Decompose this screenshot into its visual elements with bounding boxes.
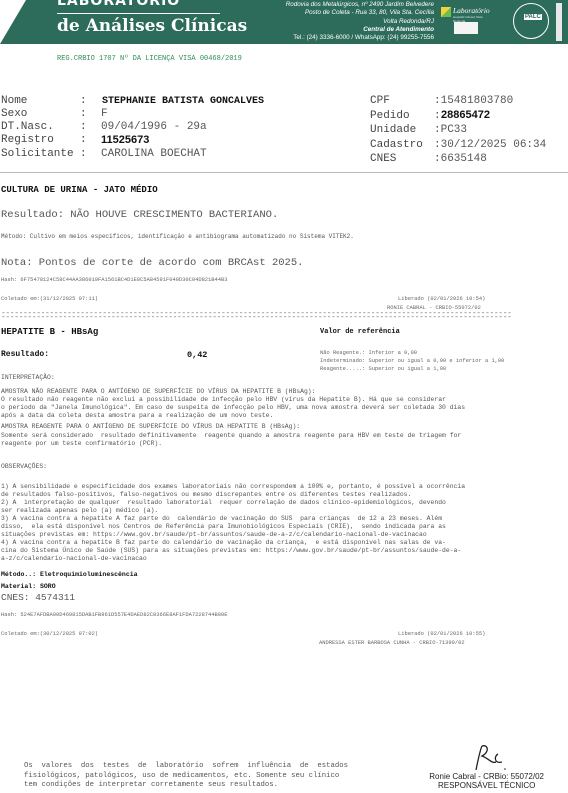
urine-culture-released: Liberado (02/01/2026 10:54) (398, 296, 485, 302)
interp-line: após a data da coleta desta amostra para… (1, 412, 465, 420)
urine-culture-result: Resultado: NÃO HOUVE CRESCIMENTO BACTERI… (1, 209, 278, 221)
obs-line: 4) A vacina contra a hepatite B faz part… (1, 539, 465, 547)
signature-icon (468, 742, 508, 774)
interp-line: o período da "Janela Imunológica". Em ca… (1, 404, 465, 412)
colon: : (80, 148, 87, 160)
signature-name: Ronie Cabral - CRBio: 55072/02 (429, 772, 544, 781)
obs-line: 3) A vacina contra a hepatite A faz part… (1, 515, 465, 523)
colon: : (434, 110, 441, 122)
order-number: 28865472 (441, 109, 490, 121)
registration-line: REG.CRBIO 1707 Nº DA LICENÇA VISA 00468/… (57, 55, 242, 63)
header-decoration (0, 0, 26, 44)
address-line: Posto de Coleta - Rua 33, 80, Vila Sta. … (286, 9, 434, 17)
interp-line: reagente por um teste confirmatório (PCR… (1, 440, 461, 448)
result-value: 0,42 (187, 350, 207, 360)
unit-value: :PC33 (434, 124, 467, 136)
label-cadastro: Cadastro (370, 139, 423, 151)
label-cnes: CNES (370, 153, 396, 165)
interpretation-heading: AMOSTRA REAGENTE PARA O ANTÍGENO DE SUPE… (1, 423, 300, 431)
lab-address: Rodovia dos Metalúrgicos, nº 2490 Jardim… (286, 1, 434, 42)
brand-top-text: LABORATÓRIO (57, 0, 180, 9)
side-strip (556, 3, 562, 41)
cnes-line: CNES: 4574311 (1, 592, 75, 603)
cnes-value: :6635148 (434, 153, 487, 165)
reference-ranges: Não Reagente.: Inferior a 0,90Indetermin… (320, 349, 504, 373)
colon: : (80, 121, 87, 133)
palc-label: PALC (524, 14, 542, 20)
label-unidade: Unidade (370, 124, 416, 136)
colon: : (80, 134, 87, 146)
label-dtnasc: DT.Nasc. (1, 121, 54, 133)
patient-registry: 11525673 (101, 134, 149, 146)
obs-line: cina do Sistema Único de Saúde (SUS) par… (1, 547, 465, 555)
material-line: Material: SORO (1, 583, 56, 590)
palc-seal-icon: PALC (513, 3, 549, 39)
result-label: Resultado: (1, 350, 49, 359)
label-sexo: Sexo (1, 108, 27, 120)
observations-list: 1) A sensibilidade e especificidade dos … (1, 475, 465, 571)
phones: Tel.: (24) 3336-6000 / WhatsApp: (24) 99… (286, 34, 434, 42)
urine-culture-collected: Coletado em:(31/12/2025 07:11) (1, 296, 98, 302)
central-label: Central de Atendimento (286, 26, 434, 34)
patient-name: STEPHANIE BATISTA GONCALVES (102, 96, 264, 107)
patient-sex: F (101, 108, 108, 120)
leaf-icon (441, 7, 451, 17)
registration-date: :30/12/2025 06:34 (434, 139, 546, 151)
reference-title: Valor de referência (320, 328, 400, 336)
label-solicitante: Solicitante (1, 148, 74, 160)
colon: : (80, 108, 87, 120)
disclaimer-line: tem condições de interpretar corretament… (24, 781, 348, 791)
dashed-divider: ----------------------------------------… (1, 313, 561, 322)
obs-line: a-z/c/calendario-nacional-de-vacinacao (1, 555, 465, 563)
obs-line: 1) A sensibilidade e especificidade dos … (1, 483, 465, 491)
colon: : (80, 95, 87, 107)
partner-logo-text: Laboratório (453, 6, 490, 15)
address-line: Volta Redonda/RJ (286, 18, 434, 26)
address-line: Rodovia dos Metalúrgicos, nº 2490 Jardim… (286, 1, 434, 9)
observations-title: OBSERVAÇÕES: (1, 463, 47, 471)
disclaimer-line: fisiológicos, patológicos, uso de medica… (24, 772, 348, 782)
interpretation-heading: AMOSTRA NÃO REAGENTE PARA O ANTÍGENO DE … (1, 388, 315, 396)
brand-name: de Análises Clínicas (57, 16, 247, 36)
patient-birthdate: 09/04/1996 - 29a (101, 121, 207, 133)
interp-line: Somente será considerado resultado defin… (1, 432, 461, 440)
reference-line: Indeterminado: Superior ou igual a 0,90 … (320, 357, 504, 365)
signature-role: RESPONSÁVEL TÉCNICO (429, 781, 544, 790)
cpf-value: :15481803780 (434, 95, 513, 107)
obs-line: 2) A interpretação de qualquer resultado… (1, 499, 465, 507)
certificate-badge (454, 22, 478, 34)
obs-line: disso, ela está disponível nos Centros d… (1, 523, 465, 531)
disclaimer: Os valores dos testes de laboratório sof… (24, 762, 348, 791)
brand-divider (57, 13, 220, 14)
label-nome: Nome (1, 95, 27, 107)
responsible-signature: Ronie Cabral - CRBio: 55072/02RESPONSÁVE… (429, 772, 544, 790)
divider (0, 172, 568, 173)
hepatitis-hash: Hash: 524E7AFDBA00D469815DAB1FB961D557E4… (1, 612, 227, 618)
exam-title-urine-culture: CULTURA DE URINA - JATO MÉDIO (1, 185, 158, 195)
obs-line: de resultados falso-positivos, falso-neg… (1, 491, 465, 499)
label-cpf: CPF (370, 95, 390, 107)
reference-line: Não Reagente.: Inferior a 0,90 (320, 349, 504, 357)
urine-culture-hash: Hash: 6F75478124C58C44AA386019FA1561BC4D… (1, 277, 227, 283)
requester: CAROLINA BOECHAT (101, 148, 207, 160)
interpretation-title: INTERPRETAÇÃO: (1, 374, 55, 382)
obs-line: ser realizada apenas pelo (a) médico (a)… (1, 507, 465, 515)
hepatitis-collected: Coletado em:(30/12/2025 07:02) (1, 631, 98, 637)
exam-title-hepatitis-b: HEPATITE B - HBsAg (1, 327, 98, 337)
hepatitis-signer: ANDRESSA ESTER BARBOSA CUNHA - CRBIO-713… (319, 640, 465, 646)
urine-culture-method: Método: Cultivo em meios especificos, id… (1, 233, 354, 240)
interp-line: O resultado não reagente não exclui a po… (1, 396, 465, 404)
reference-line: Reagente.....: Superior ou igual a 1,00 (320, 365, 504, 373)
method-line: Método..: Eletroquimioluminescência (1, 571, 138, 578)
label-pedido: Pedido (370, 110, 410, 122)
hepatitis-released: Liberado (02/01/2026 10:55) (398, 631, 485, 637)
interpretation-block: Somente será considerado resultado defin… (1, 432, 461, 448)
label-registro: Registro (1, 134, 54, 146)
disclaimer-line: Os valores dos testes de laboratório sof… (24, 762, 348, 772)
obs-line: situações previstas em: https://www.gov.… (1, 531, 465, 539)
interpretation-block: O resultado não reagente não exclui a po… (1, 396, 465, 420)
partner-logo: Laboratório Hospital Unimed Volta Redond… (441, 5, 495, 39)
lab-header: LABORATÓRIO de Análises Clínicas Rodovia… (0, 0, 568, 44)
urine-culture-note: Nota: Pontos de corte de acordo com BRCA… (1, 257, 303, 269)
